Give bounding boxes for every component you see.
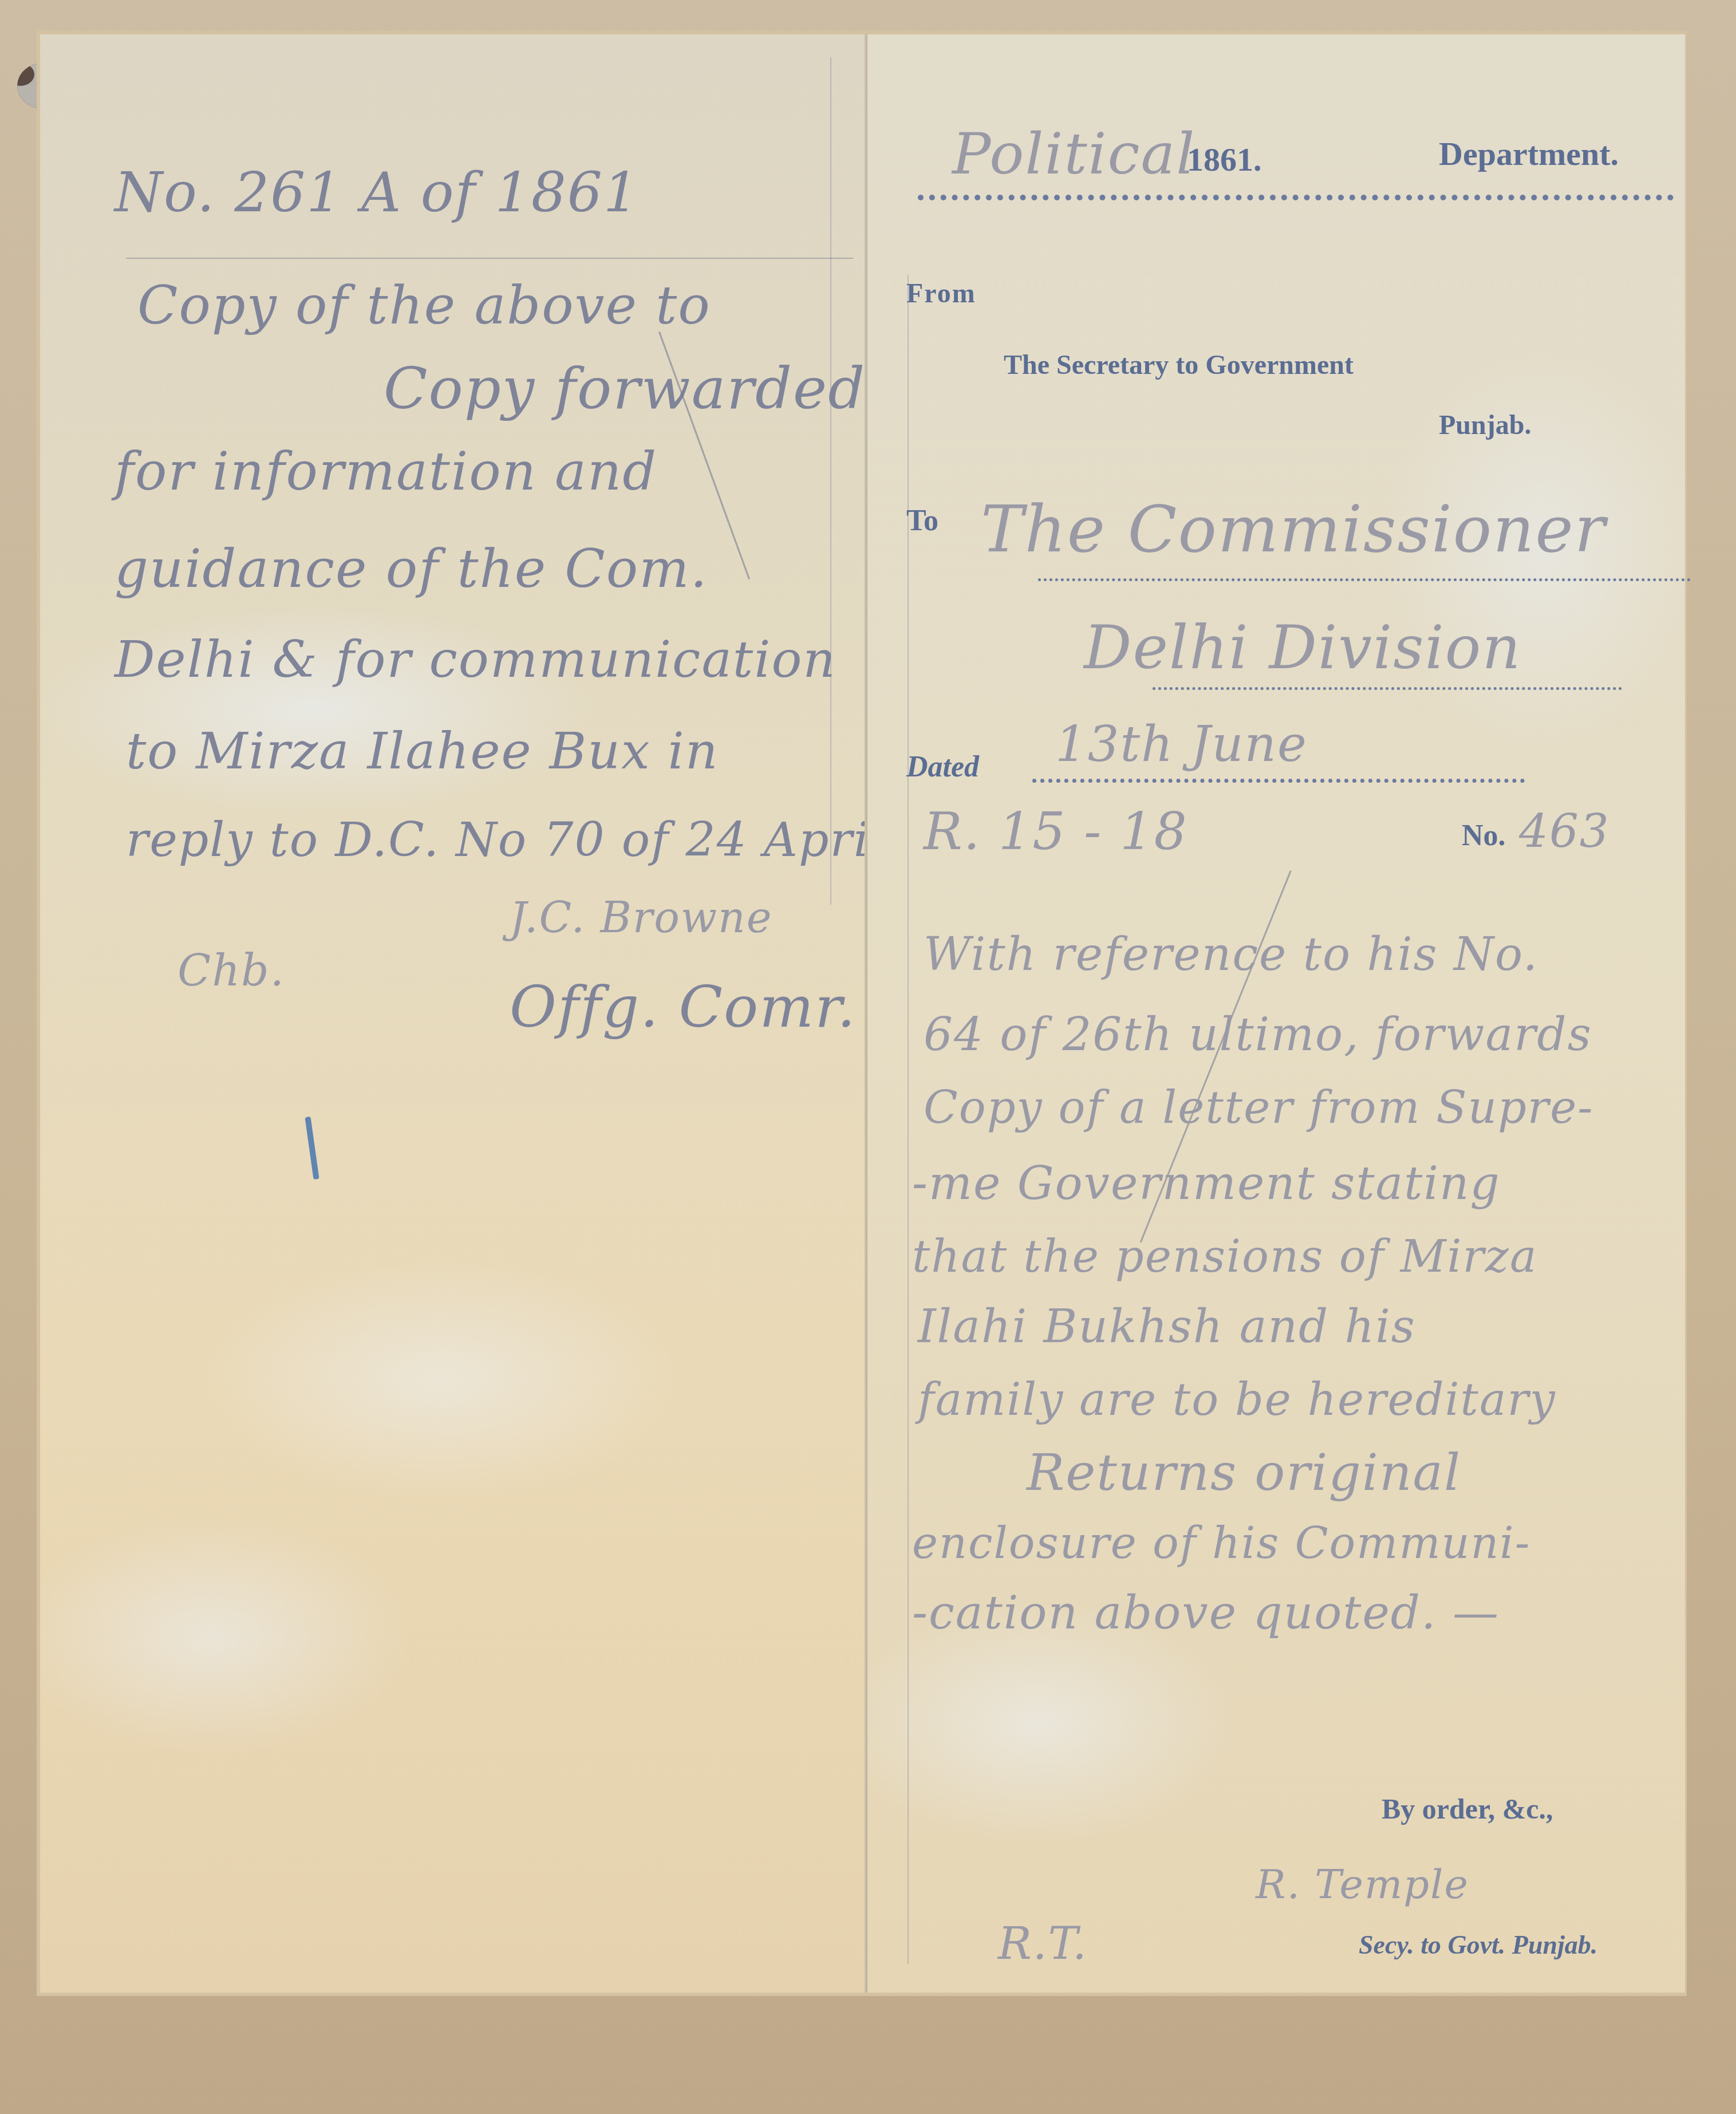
dated-label: Dated — [906, 750, 979, 784]
to-line1: The Commissioner — [981, 492, 1606, 567]
closing: By order, &c., — [1382, 1792, 1553, 1825]
left-line: reply to D.C. No 70 of 24 April/61 — [126, 813, 965, 867]
reference-note: R. 15 - 18 — [924, 802, 1188, 862]
body-line: -me Government stating — [912, 1157, 1501, 1210]
body-line: enclosure of his Communi- — [912, 1517, 1530, 1568]
right-page: Political 1861. Department. From The Sec… — [865, 34, 1685, 1993]
left-line: guidance of the Com. — [115, 538, 708, 600]
left-line: for information and — [115, 441, 657, 502]
left-line: Copy forwarded — [384, 355, 866, 422]
body-line: Ilahi Bukhsh and his — [918, 1300, 1416, 1353]
left-line: Copy of the above to — [137, 275, 711, 336]
body-line: 64 of 26th ultimo, forwards — [924, 1008, 1592, 1061]
dated-value: 13th June — [1055, 716, 1308, 773]
margin-initials: R.T. — [998, 1918, 1088, 1970]
header-rule — [918, 195, 1674, 200]
signature-name: J.C. Browne — [510, 893, 773, 942]
document-sheet: No. 261 A of 1861 Copy of the above to C… — [40, 34, 1683, 1993]
to-rule — [1038, 578, 1691, 581]
department-label: Department. — [1439, 135, 1619, 173]
left-page: No. 261 A of 1861 Copy of the above to C… — [40, 34, 865, 1993]
left-line: Delhi & for communication — [115, 630, 837, 689]
reference-line: No. 261 A of 1861 — [115, 160, 640, 224]
body-line: With reference to his No. — [924, 928, 1538, 981]
number-label: No. — [1462, 819, 1506, 853]
backing-frame: No. 261 A of 1861 Copy of the above to C… — [0, 0, 1736, 2114]
year: 1861. — [1187, 140, 1262, 179]
dated-rule — [1032, 779, 1525, 783]
to-label: To — [906, 504, 938, 538]
initials: Chb. — [177, 945, 285, 996]
department-handwritten: Political — [952, 120, 1196, 187]
blue-pencil-mark — [305, 1117, 319, 1180]
to-line2: Delhi Division — [1084, 613, 1521, 683]
body-line: family are to be hereditary — [918, 1374, 1556, 1426]
secretary-signature: R. Temple — [1256, 1861, 1469, 1908]
divider-rule — [126, 258, 853, 259]
from-text: The Secretary to Government — [1004, 349, 1354, 381]
margin-line — [830, 57, 831, 905]
left-line: to Mirza Ilahee Bux in — [126, 721, 719, 780]
body-line: Returns original — [1027, 1443, 1461, 1502]
signature-title: Offg. Comr. — [510, 973, 857, 1040]
to-rule — [1153, 687, 1622, 690]
body-line: that the pensions of Mirza — [912, 1231, 1537, 1283]
page-fold — [866, 34, 867, 1993]
secretary-title: Secy. to Govt. Punjab. — [1359, 1930, 1597, 1960]
from-place: Punjab. — [1439, 409, 1531, 441]
from-label: From — [906, 278, 976, 309]
body-line: Copy of a letter from Supre- — [924, 1082, 1594, 1134]
number-value: 463 — [1519, 804, 1610, 858]
body-line: -cation above quoted. — — [912, 1586, 1500, 1639]
